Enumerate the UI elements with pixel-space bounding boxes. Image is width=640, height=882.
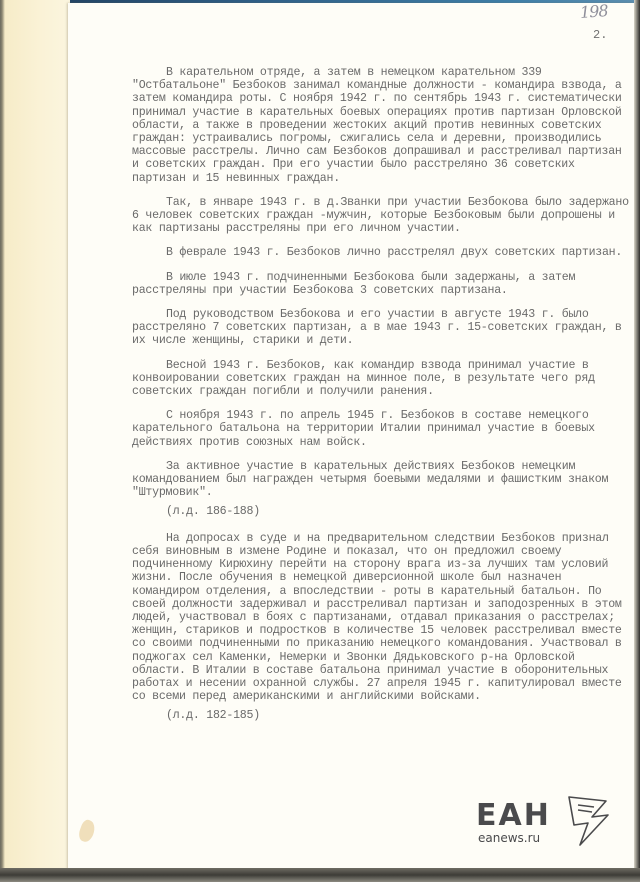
paragraph: В феврале 1943 г. Безбоков лично расстре… (132, 246, 632, 259)
paragraph: В июле 1943 г. подчиненными Безбокова бы… (132, 271, 632, 297)
paragraph: В карательном отряде, а затем в немецком… (132, 66, 632, 185)
case-reference: (л.д. 186-188) (166, 505, 632, 518)
watermark-site: eanews.ru (478, 831, 540, 845)
scan-bottom-edge (0, 868, 640, 882)
paragraph: Так, в январе 1943 г. в д.Званки при уча… (132, 196, 632, 236)
paragraph: За активное участие в карательных действ… (132, 460, 632, 500)
binding-strip (0, 0, 70, 882)
document-body: В карательном отряде, а затем в немецком… (132, 66, 632, 736)
paragraph-court-testimony: На допросах в суде и на предварительном … (132, 532, 632, 704)
paragraph: Под руководством Безбокова и его участии… (132, 308, 632, 348)
paragraph: С ноября 1943 г. по апрель 1945 г. Безбо… (132, 409, 632, 449)
watermark-logo-text: ЕАН (476, 801, 551, 831)
paragraph: Весной 1943 г. Безбоков, как командир вз… (132, 359, 632, 399)
lightning-speech-bubble-icon (566, 795, 612, 847)
archive-folio-number: 198 (579, 1, 608, 22)
page-number: 2. (593, 28, 607, 42)
case-reference: (л.д. 182-185) (166, 709, 632, 722)
eanews-watermark: ЕАН eanews.ru (476, 795, 616, 855)
scan-right-edge (634, 0, 640, 882)
